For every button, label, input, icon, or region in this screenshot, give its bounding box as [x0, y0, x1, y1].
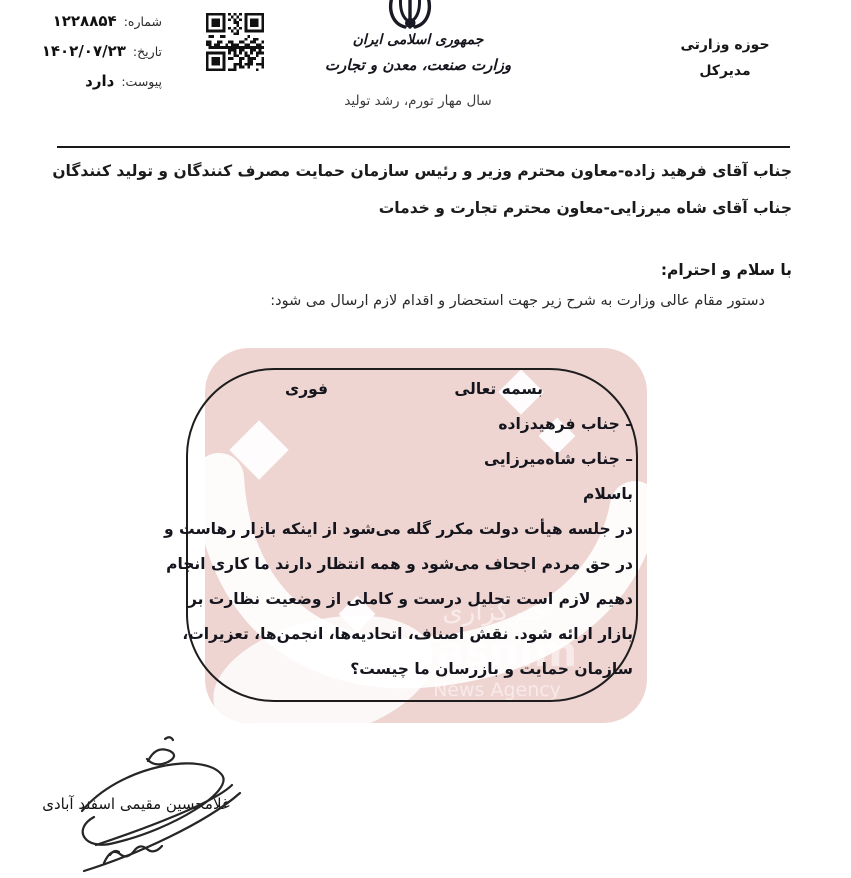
date-label: تاریخ: — [133, 44, 162, 59]
addressee-line-2: جناب آقای شاه میرزایی-معاون محترم تجارت … — [57, 190, 792, 227]
note-header-row: بسمه تعالی فوری — [227, 372, 633, 407]
attachment-value: دارد — [85, 72, 114, 90]
addressee-block: جناب آقای فرهید زاده-معاون محترم وزیر و … — [57, 153, 792, 227]
note-recipient-1: – جناب فرهیدزاده — [227, 407, 633, 442]
country-title: جمهوری اسلامی ایران — [312, 32, 524, 48]
note-recipient-2: – جناب شاه‌میرزایی — [227, 442, 633, 477]
position-title: مدیرکل — [650, 63, 800, 79]
note-greeting: باسلام — [227, 477, 633, 512]
letter-date-row: تاریخ: ۱۴۰۲/۰۷/۲۳ — [12, 42, 162, 60]
letter-attachment-row: پیوست: دارد — [12, 72, 162, 90]
letter-meta-block: شماره: ۱۲۲۸۸۵۴ تاریخ: ۱۴۰۲/۰۷/۲۳ پیوست: … — [12, 12, 162, 102]
note-body-line-1: در جلسه هیأت دولت مکرر گله می‌شود از این… — [227, 512, 633, 547]
salutation: با سلام و احترام: — [661, 261, 792, 279]
department-name: حوزه وزارتی — [650, 37, 800, 53]
handwritten-signature-icon — [52, 731, 257, 878]
addressee-line-1: جناب آقای فرهید زاده-معاون محترم وزیر و … — [57, 153, 792, 190]
minister-note: بسمه تعالی فوری – جناب فرهیدزاده – جناب … — [227, 372, 633, 687]
directive-line: دستور مقام عالی وزارت به شرح زیر جهت است… — [270, 293, 765, 309]
department-block: حوزه وزارتی مدیرکل — [650, 37, 800, 79]
note-body-line-2: در حق مردم اجحاف می‌شود و همه انتظار دار… — [227, 547, 633, 582]
qr-code-icon — [205, 10, 265, 74]
date-value: ۱۴۰۲/۰۷/۲۳ — [42, 42, 126, 60]
bismillah-text: بسمه تعالی — [454, 372, 543, 407]
number-value: ۱۲۲۸۸۵۴ — [53, 12, 117, 30]
note-body-line-5: سازمان حمایت و بازرسان ما چیست؟ — [227, 652, 633, 687]
scanned-letter-page: شماره: ۱۲۲۸۸۵۴ تاریخ: ۱۴۰۲/۰۷/۲۳ پیوست: … — [0, 0, 851, 878]
note-body-line-3: دهیم لازم است تحلیل درست و کاملی از وضعی… — [227, 582, 633, 617]
note-body-line-4: بازار ارائه شود. نقش اصناف، اتحادیه‌ها، … — [227, 617, 633, 652]
header-divider — [57, 146, 790, 148]
letter-number-row: شماره: ۱۲۲۸۸۵۴ — [12, 12, 162, 30]
attachment-label: پیوست: — [121, 74, 162, 89]
number-label: شماره: — [124, 14, 162, 29]
ministry-title: وزارت صنعت، معدن و تجارت — [300, 56, 536, 74]
urgent-label: فوری — [285, 372, 328, 407]
year-slogan: سال مهار تورم، رشد تولید — [308, 93, 528, 109]
